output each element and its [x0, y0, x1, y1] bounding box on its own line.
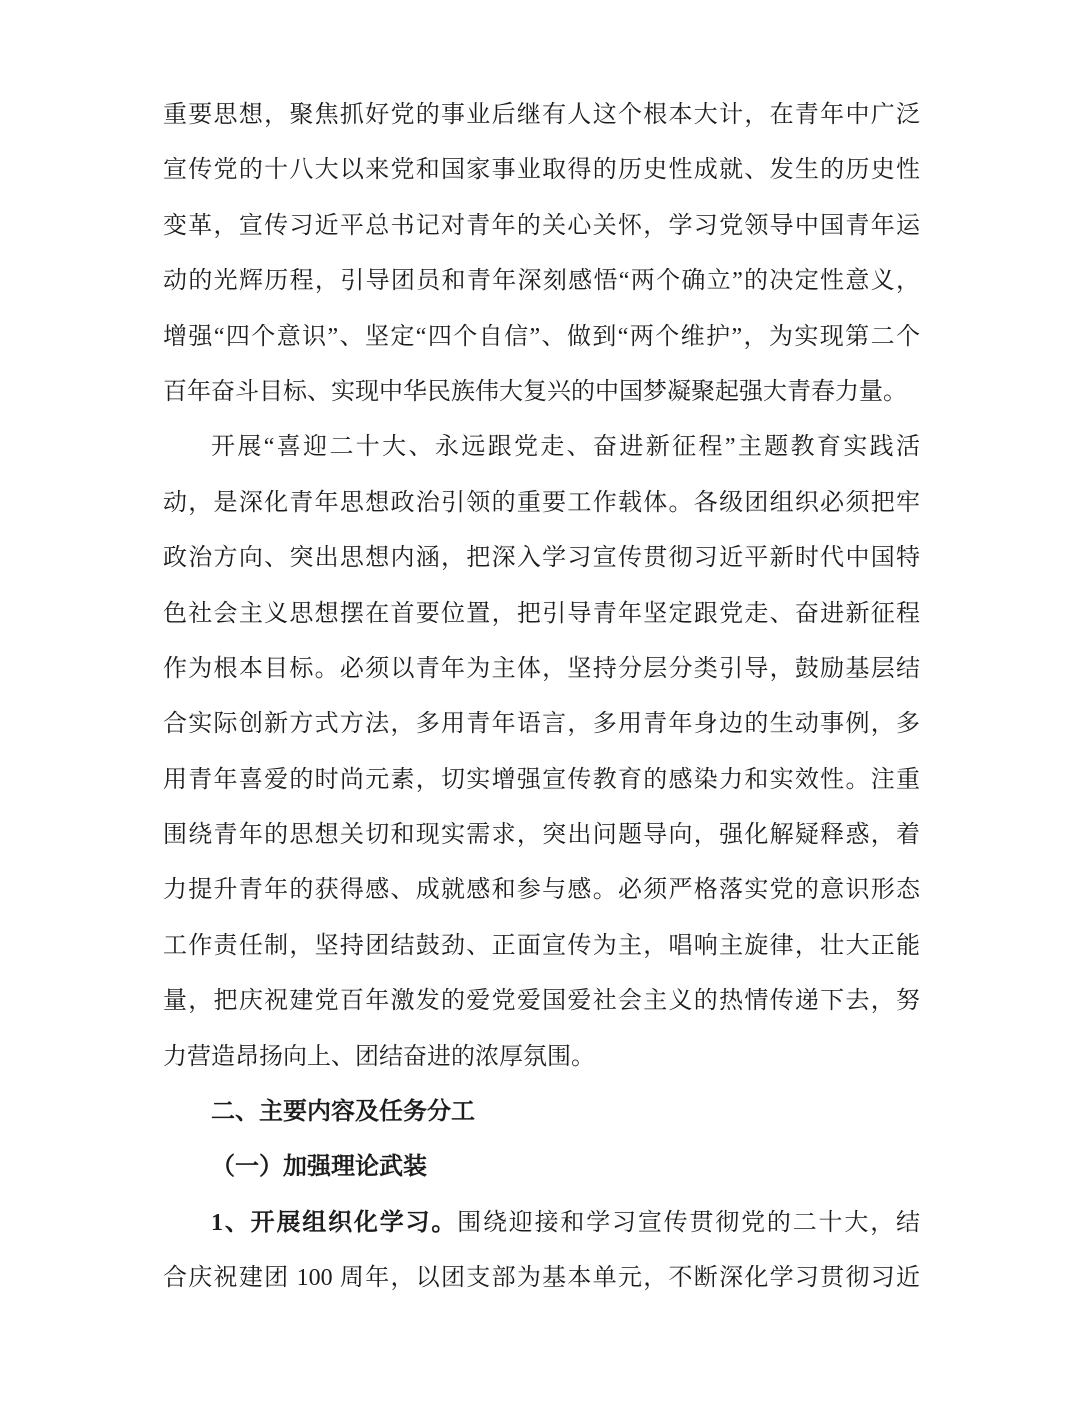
- subsection-heading: （一）加强理论武装: [163, 1140, 920, 1195]
- text-line: 用青年喜爱的时尚元素，切实增强宣传教育的感染力和实效性。注重: [163, 753, 920, 808]
- numbered-item-lead: 1、开展组织化学习。: [211, 1210, 457, 1236]
- text-line: 量，把庆祝建党百年激发的爱党爱国爱社会主义的热情传递下去，努: [163, 974, 920, 1029]
- text-line: 围绕青年的思想关切和现实需求，突出问题导向，强化解疑释惑，着: [163, 808, 920, 863]
- text-line: 开展“喜迎二十大、永远跟党走、奋进新征程”主题教育实践活: [163, 420, 920, 475]
- text-line: 合庆祝建团 100 周年，以团支部为基本单元，不断深化学习贯彻习近: [163, 1251, 920, 1306]
- text-line: 动的光辉历程，引导团员和青年深刻感悟“两个确立”的决定性意义，: [163, 254, 920, 309]
- text-line: 合实际创新方式方法，多用青年语言，多用青年身边的生动事例，多: [163, 697, 920, 752]
- text-line: 色社会主义思想摆在首要位置，把引导青年坚定跟党走、奋进新征程: [163, 587, 920, 642]
- text-line: 宣传党的十八大以来党和国家事业取得的历史性成就、发生的历史性: [163, 143, 920, 198]
- text-line: 力营造昂扬向上、团结奋进的浓厚氛围。: [163, 1030, 920, 1085]
- text-line: 百年奋斗目标、实现中华民族伟大复兴的中国梦凝聚起强大青春力量。: [163, 365, 920, 420]
- text-line: 1、开展组织化学习。围绕迎接和学习宣传贯彻党的二十大，结: [163, 1196, 920, 1251]
- text-line: 增强“四个意识”、坚定“四个自信”、做到“两个维护”，为实现第二个: [163, 310, 920, 365]
- text-line: 变革，宣传习近平总书记对青年的关心关怀，学习党领导中国青年运: [163, 199, 920, 254]
- text-line: 工作责任制，坚持团结鼓劲、正面宣传为主，唱响主旋律，壮大正能: [163, 919, 920, 974]
- text-line: 政治方向、突出思想内涵，把深入学习宣传贯彻习近平新时代中国特: [163, 531, 920, 586]
- text-line: 作为根本目标。必须以青年为主体，坚持分层分类引导，鼓励基层结: [163, 642, 920, 697]
- document-page: 重要思想，聚焦抓好党的事业后继有人这个根本大计，在青年中广泛 宣传党的十八大以来…: [0, 0, 1080, 1419]
- section-heading: 二、主要内容及任务分工: [163, 1085, 920, 1140]
- text-line: 动，是深化青年思想政治引领的重要工作载体。各级团组织必须把牢: [163, 476, 920, 531]
- document-body: 重要思想，聚焦抓好党的事业后继有人这个根本大计，在青年中广泛 宣传党的十八大以来…: [163, 0, 920, 1307]
- text-line: 力提升青年的获得感、成就感和参与感。必须严格落实党的意识形态: [163, 863, 920, 918]
- numbered-item-text: 围绕迎接和学习宣传贯彻党的二十大，结: [457, 1210, 920, 1236]
- text-line: 重要思想，聚焦抓好党的事业后继有人这个根本大计，在青年中广泛: [163, 88, 920, 143]
